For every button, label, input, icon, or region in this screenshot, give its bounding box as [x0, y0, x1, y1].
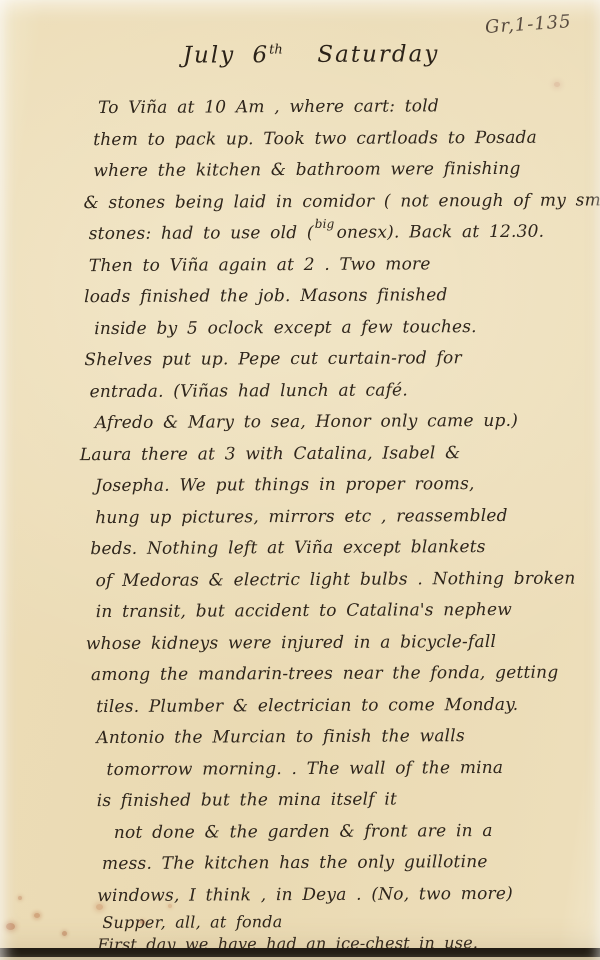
- date-day-name: Saturday: [317, 41, 439, 68]
- scanner-edge-bar: [0, 948, 600, 957]
- manuscript-line: is finished but the mina itself it: [97, 783, 600, 817]
- manuscript-line: inside by 5 oclock except a few touches.: [94, 311, 599, 345]
- manuscript-line: Josepha. We put things in proper rooms,: [95, 468, 600, 502]
- manuscript-line: windows, I think , in Deya . (No, two mo…: [97, 878, 600, 912]
- manuscript-line: To Viña at 10 Am , where cart: told: [98, 90, 598, 124]
- manuscript-line: loads finished the job. Masons finished: [84, 279, 599, 313]
- handwritten-text-block: July 6th Saturday To Viña at 10 Am , whe…: [0, 0, 600, 957]
- interlinear-insertion: big: [315, 219, 335, 229]
- date-month-day: July 6: [183, 42, 269, 68]
- manuscript-line: stones: had to use old (bigonesx). Back …: [89, 216, 599, 250]
- manuscript-lines: To Viña at 10 Am , where cart: told them…: [0, 90, 600, 956]
- manuscript-line: Laura there at 3 with Catalina, Isabel &: [80, 437, 600, 471]
- manuscript-line: in transit, but accident to Catalina's n…: [96, 594, 600, 628]
- manuscript-line: Afredo & Mary to sea, Honor only came up…: [95, 405, 600, 439]
- manuscript-line: Then to Viña again at 2 . Two more: [89, 248, 599, 282]
- manuscript-line: Antonio the Murcian to finish the walls: [96, 720, 600, 754]
- line-pre: stones: had to use old (: [89, 223, 314, 244]
- manuscript-line: beds. Nothing left at Viña except blanke…: [90, 531, 600, 565]
- manuscript-line: entrada. (Viñas had lunch at café.: [89, 374, 599, 408]
- manuscript-line: them to pack up. Took two cartloads to P…: [93, 122, 598, 156]
- manuscript-line: hung up pictures, mirrors etc , reassemb…: [95, 500, 600, 534]
- manuscript-line: Supper, all, at fonda: [102, 909, 600, 934]
- manuscript-page-scan: Gr,1-135 July 6th Saturday To Viña at 10…: [0, 0, 600, 960]
- manuscript-line: Shelves put up. Pepe cut curtain-rod for: [84, 342, 599, 376]
- manuscript-line: of Medoras & electric light bulbs . Noth…: [95, 563, 600, 597]
- manuscript-line: mess. The kitchen has the only guillotin…: [102, 846, 600, 880]
- manuscript-line: among the mandarin-trees near the fonda,…: [91, 657, 600, 691]
- manuscript-line: not done & the garden & front are in a: [114, 815, 600, 849]
- manuscript-line: & stones being laid in comidor ( not eno…: [83, 185, 598, 219]
- manuscript-line: where the kitchen & bathroom were finish…: [93, 153, 598, 187]
- date-ordinal: th: [269, 42, 283, 57]
- manuscript-line: tiles. Plumber & electrician to come Mon…: [96, 689, 600, 723]
- line-post: onesx). Back at 12.30.: [337, 222, 545, 243]
- manuscript-line: tomorrow morning. . The wall of the mina: [106, 752, 600, 786]
- manuscript-line: whose kidneys were injured in a bicycle-…: [86, 626, 600, 660]
- date-heading: July 6th Saturday: [183, 40, 598, 68]
